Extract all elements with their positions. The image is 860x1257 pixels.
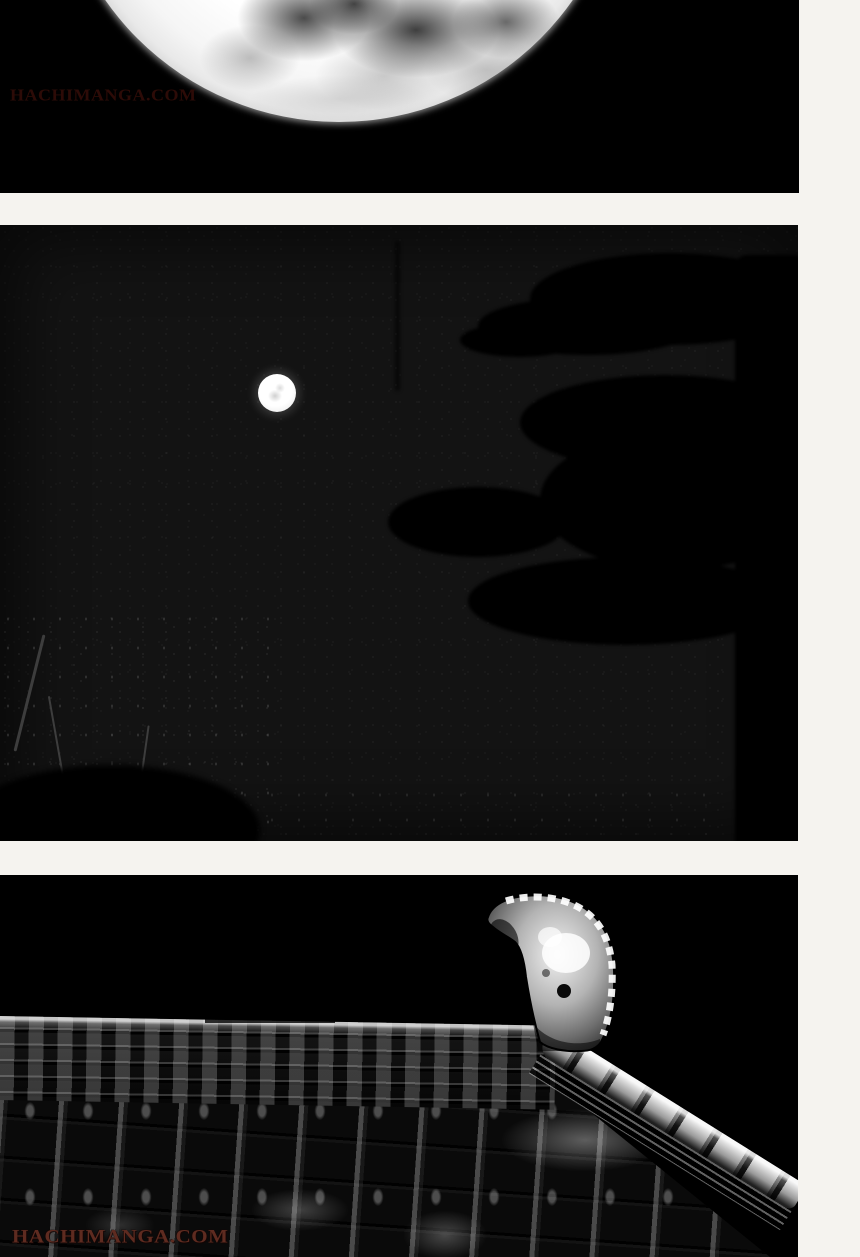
- small-moon: [258, 374, 296, 412]
- tree-trunk: [395, 241, 400, 391]
- watermark-bottom: HACHIMANGA.COM: [12, 1226, 228, 1248]
- manga-page: HACHIMANGA.COM: [0, 0, 860, 1257]
- tree-blob: [460, 323, 580, 357]
- roof-ridge-horizontal: [0, 1016, 556, 1110]
- roof-finial-ornament: [478, 893, 638, 1053]
- tree-blob: [735, 255, 798, 841]
- panel-3-roof: [0, 875, 798, 1257]
- finial-body: [487, 895, 614, 1051]
- ridge-shadow-gap: [205, 1014, 335, 1023]
- finial-highlight: [538, 927, 562, 947]
- finial-hole: [557, 984, 571, 998]
- watermark-top: HACHIMANGA.COM: [10, 86, 196, 105]
- finial-hole: [542, 969, 550, 977]
- panel-2-night-sky: [0, 225, 798, 841]
